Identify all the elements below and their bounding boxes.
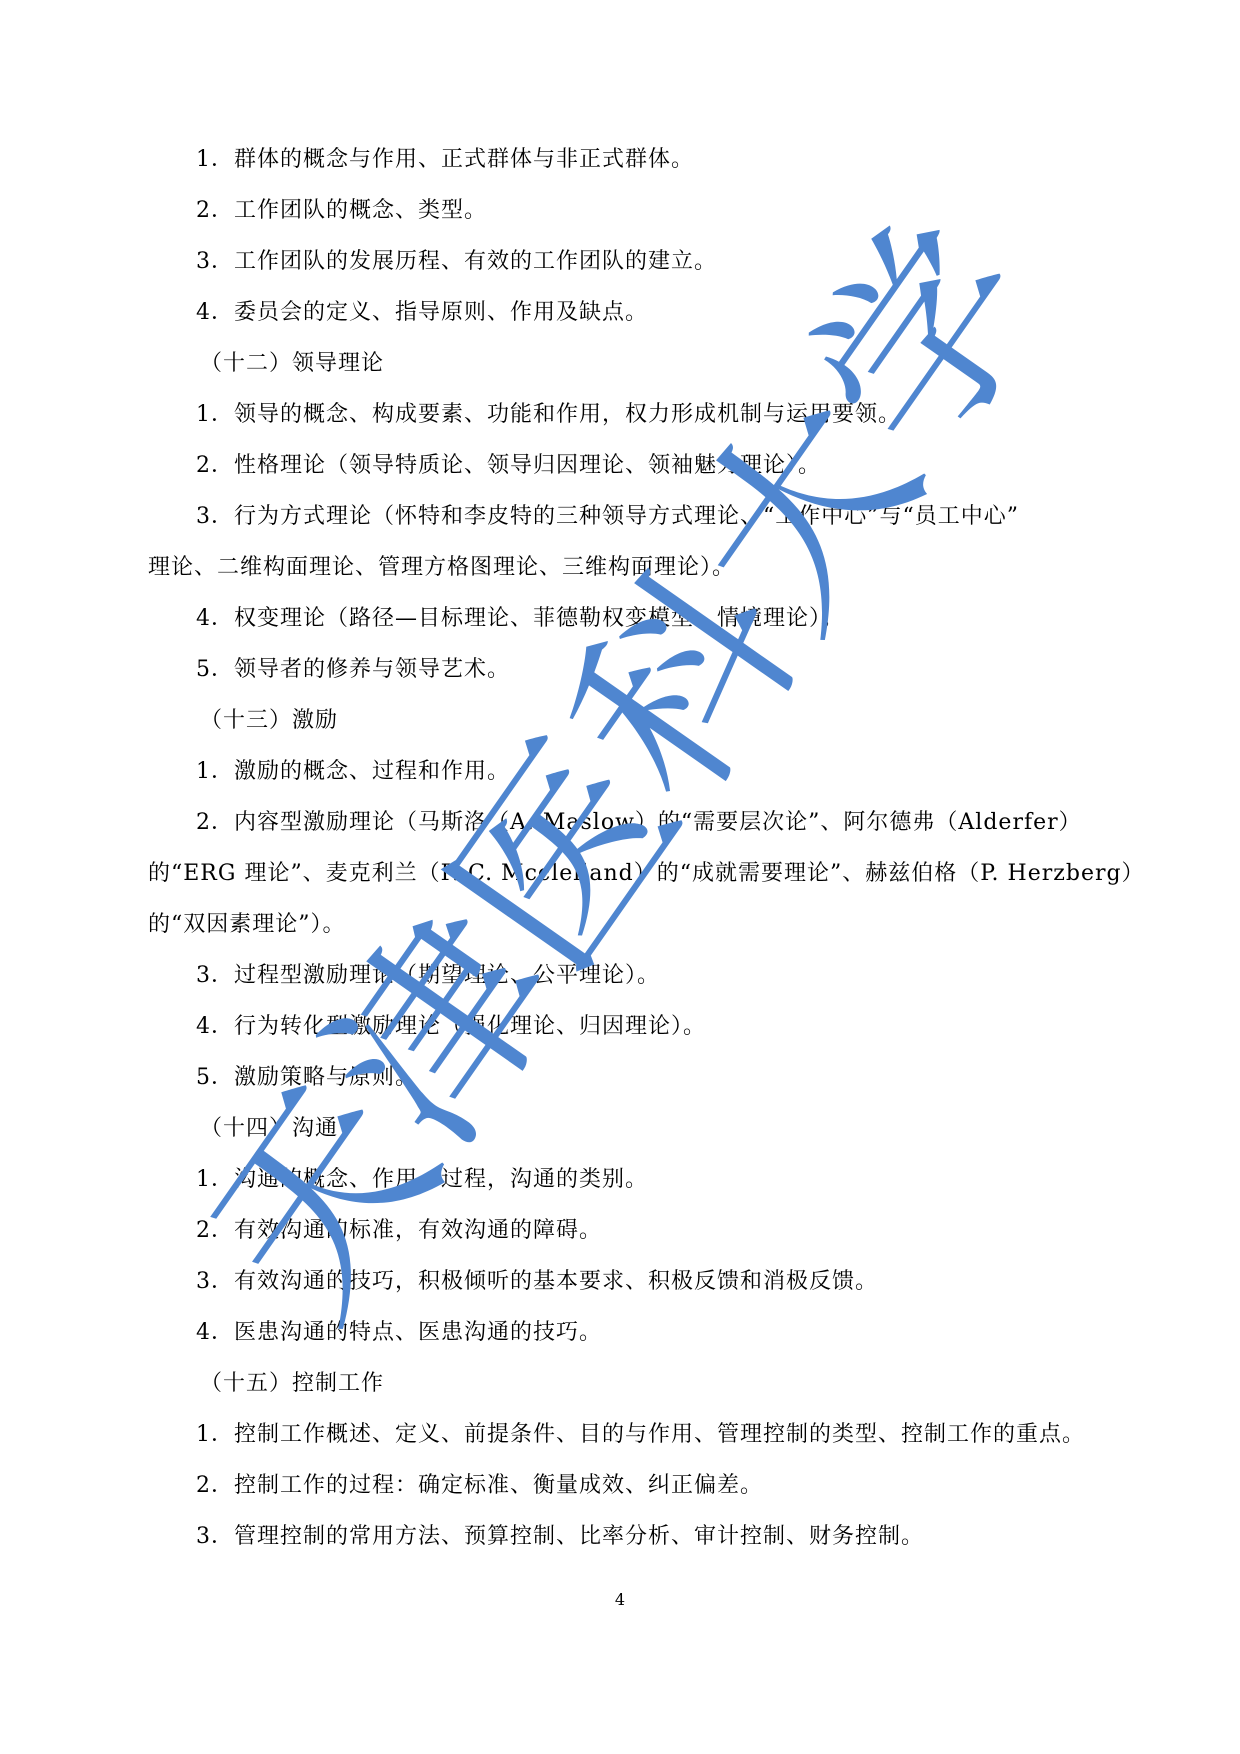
section-heading-14: （十四）沟通 <box>200 1114 338 1144</box>
line-3: 4．委员会的定义、指导原则、作用及缺点。 <box>196 298 648 328</box>
line-25: 1．控制工作概述、定义、前提条件、目的与作用、管理控制的类型、控制工作的重点。 <box>196 1420 1085 1450</box>
line-0: 1．群体的概念与作用、正式群体与非正式群体。 <box>196 145 694 175</box>
line-18: 5．激励策略与原则。 <box>196 1063 418 1093</box>
section-heading-13: （十三）激励 <box>200 706 338 736</box>
line-17: 4．行为转化型激励理论（强化理论、归因理论）。 <box>196 1012 706 1042</box>
document-page: 1．群体的概念与作用、正式群体与非正式群体。 2．工作团队的概念、类型。 3．工… <box>0 0 1240 1754</box>
line-14: 的“ERG 理论”、麦克利兰（P. C. Mcclelland）的“成就需要理论… <box>148 859 1145 889</box>
line-20: 1．沟通的概念、作用、过程，沟通的类别。 <box>196 1165 648 1195</box>
line-26: 2．控制工作的过程：确定标准、衡量成效、纠正偏差。 <box>196 1471 763 1501</box>
line-6: 2．性格理论（领导特质论、领导归因理论、领袖魅力理论）。 <box>196 451 821 481</box>
line-10: 5．领导者的修养与领导艺术。 <box>196 655 510 685</box>
line-2: 3．工作团队的发展历程、有效的工作团队的建立。 <box>196 247 717 277</box>
line-15: 的“双因素理论”）。 <box>148 910 346 940</box>
line-9: 4．权变理论（路径—目标理论、菲德勒权变模型、情境理论）。 <box>196 604 844 634</box>
line-13: 2．内容型激励理论（马斯洛（A. Maslow）的“需要层次论”、阿尔德弗（Al… <box>196 808 1082 838</box>
line-22: 3．有效沟通的技巧，积极倾听的基本要求、积极反馈和消极反馈。 <box>196 1267 878 1297</box>
line-5: 1．领导的概念、构成要素、功能和作用，权力形成机制与运用要领。 <box>196 400 901 430</box>
line-23: 4．医患沟通的特点、医患沟通的技巧。 <box>196 1318 602 1348</box>
line-8: 理论、二维构面理论、管理方格图理论、三维构面理论）。 <box>148 553 735 583</box>
section-heading-15: （十五）控制工作 <box>200 1369 384 1399</box>
line-1: 2．工作团队的概念、类型。 <box>196 196 487 226</box>
line-21: 2．有效沟通的标准，有效沟通的障碍。 <box>196 1216 602 1246</box>
line-27: 3．管理控制的常用方法、预算控制、比率分析、审计控制、财务控制。 <box>196 1522 924 1552</box>
line-7: 3．行为方式理论（怀特和李皮特的三种领导方式理论、“工作中心”与“员工中心” <box>196 502 1019 532</box>
line-16: 3．过程型激励理论（期望理论、公平理论）。 <box>196 961 660 991</box>
page-number: 4 <box>0 1590 1240 1609</box>
section-heading-12: （十二）领导理论 <box>200 349 384 379</box>
line-12: 1．激励的概念、过程和作用。 <box>196 757 510 787</box>
